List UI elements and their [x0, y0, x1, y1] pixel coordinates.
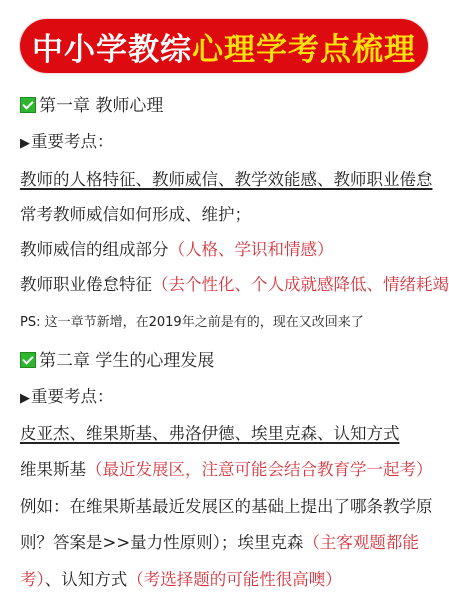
- banner-title-yellow: 心理学考点梳理: [192, 24, 416, 69]
- chapter1-key-points: 教师的人格特征、教师威信、教学效能感、教师职业倦怠: [20, 169, 433, 191]
- triangle-right-icon: ▶: [20, 136, 30, 151]
- check-box-icon: [20, 352, 36, 368]
- chapter2-title: 第二章 学生的心理发展: [39, 351, 214, 371]
- triangle-right-icon: ▶: [20, 391, 30, 406]
- chapter1-line3: 教师职业倦怠特征（去个性化、个人成就感降低、情绪耗竭）: [20, 274, 449, 296]
- check-box-icon: [20, 97, 36, 113]
- chapter1-key-points-label: ▶重要考点：: [20, 131, 114, 155]
- chapter1-line2: 教师威信的组成部分（人格、学识和情感）: [20, 239, 334, 261]
- chapter2-heading: 第二章 学生的心理发展: [20, 350, 214, 372]
- title-banner: 中小学教综心理学考点梳理: [20, 19, 428, 73]
- chapter2-line4: 考）、认知方式（考选择题的可能性很高噢）: [20, 569, 342, 591]
- chapter1-title: 第一章 教师心理: [39, 96, 163, 116]
- chapter2-line2: 例如：在维果斯基最近发展区的基础上提出了哪条教学原: [20, 496, 433, 518]
- chapter2-line1: 维果斯基（最近发展区，注意可能会结合教育学一起考）: [20, 459, 433, 481]
- chapter2-key-points-label: ▶重要考点：: [20, 386, 114, 410]
- banner-title-white: 中小学教综: [32, 24, 192, 69]
- chapter2-line3: 则？答案是>>量力性原则）；埃里克森（主客观题都能: [20, 532, 419, 554]
- chapter1-ps-note: PS: 这一章节新增，在2019年之前是有的，现在又改回来了: [20, 312, 364, 334]
- chapter1-heading: 第一章 教师心理: [20, 95, 163, 117]
- chapter2-key-points: 皮亚杰、维果斯基、弗洛伊德、埃里克森、认知方式: [20, 423, 400, 445]
- chapter1-line1: 常考教师威信如何形成、维护；: [20, 204, 251, 226]
